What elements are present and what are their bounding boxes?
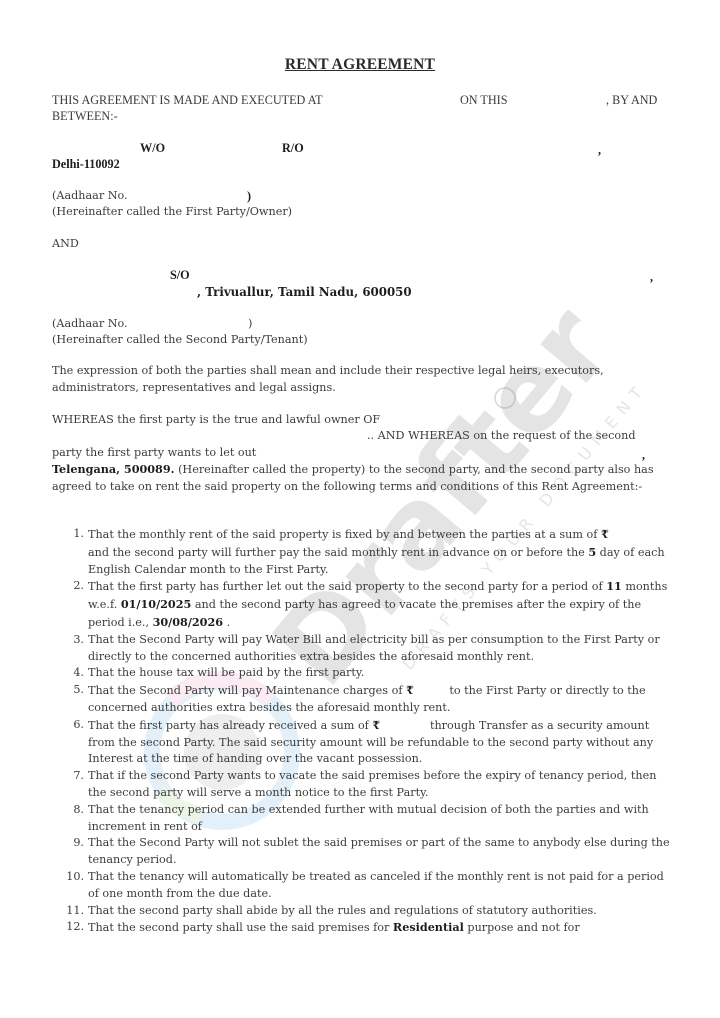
- first-party-called: (Hereinafter called the First Party/Owne…: [52, 204, 292, 221]
- intro-on-this: ON THIS: [460, 92, 508, 109]
- clause-item: 11.That the second party shall abide by …: [52, 903, 672, 920]
- clause-item: 10.That the tenancy will automatically b…: [52, 869, 672, 903]
- clause-text: .: [223, 616, 230, 629]
- clause-number: 8.: [52, 802, 84, 819]
- clause-bold-value: 01/10/2025: [121, 597, 191, 611]
- clause-item: 3.That the Second Party will pay Water B…: [52, 632, 672, 666]
- clause-text: That the Second Party will pay Maintenan…: [88, 684, 406, 697]
- clause-item: 9.That the Second Party will not sublet …: [52, 835, 672, 869]
- clauses-list: 1.That the monthly rent of the said prop…: [52, 526, 672, 937]
- clause-number: 6.: [52, 717, 84, 734]
- clause-item: 8.That the tenancy period can be extende…: [52, 802, 672, 836]
- whereas-line-3: party the first party wants to let out: [52, 445, 256, 462]
- clause-text: That the second party shall use the said…: [88, 921, 393, 934]
- clause-number: 5.: [52, 682, 84, 699]
- second-party-comma: ,: [650, 269, 653, 286]
- intro-prefix: THIS AGREEMENT IS MADE AND EXECUTED AT: [52, 92, 323, 109]
- property-location: Telengana, 500089.: [52, 462, 175, 476]
- clause-text: That the first party has further let out…: [88, 580, 606, 593]
- clause-text: That the Second Party will not sublet th…: [88, 836, 673, 866]
- first-party-wo: W/O: [140, 140, 165, 157]
- clause-text: That if the second Party wants to vacate…: [88, 769, 660, 799]
- clause-number: 11.: [52, 903, 84, 920]
- clause-text: That the Second Party will pay Water Bil…: [88, 633, 663, 663]
- clause-bold-value: Residential: [393, 920, 464, 934]
- clause-number: 9.: [52, 835, 84, 852]
- clause-text: That the tenancy period can be extended …: [88, 803, 652, 833]
- second-party-called: (Hereinafter called the Second Party/Ten…: [52, 332, 308, 349]
- first-party-aadhaar-close: ): [247, 188, 251, 205]
- second-party-aadhaar-label: (Aadhaar No.: [52, 316, 128, 333]
- whereas-property-paragraph: Telengana, 500089. (Hereinafter called t…: [52, 461, 670, 496]
- clause-bold-value: 5: [588, 545, 596, 559]
- clause-text: purpose and not for: [464, 921, 580, 934]
- rent-agreement-page: Drafter DRAFTS YOUR DOCUMENT RENT AGREEM…: [0, 0, 720, 1018]
- clause-item: 2.That the first party has further let o…: [52, 578, 672, 631]
- clause-number: 1.: [52, 526, 84, 543]
- clause-bold-value: 11: [606, 579, 622, 593]
- clause-text: That the house tax will be paid by the f…: [88, 666, 364, 679]
- document-title: RENT AGREEMENT: [0, 56, 720, 74]
- clause-number: 7.: [52, 768, 84, 785]
- clause-text: That the first party has already receive…: [88, 719, 372, 732]
- clause-item: 12.That the second party shall use the s…: [52, 919, 672, 937]
- and-separator: AND: [52, 236, 79, 253]
- clause-item: 1.That the monthly rent of the said prop…: [52, 526, 672, 578]
- intro-between: BETWEEN:-: [52, 108, 118, 125]
- second-party-aadhaar-close: ): [248, 316, 252, 333]
- first-party-aadhaar-label: (Aadhaar No.: [52, 188, 128, 205]
- clause-item: 6.That the first party has already recei…: [52, 717, 672, 768]
- clause-text: That the tenancy will automatically be t…: [88, 870, 667, 900]
- second-party-so: S/O: [170, 267, 190, 284]
- first-party-ro: R/O: [282, 140, 304, 157]
- clause-item: 7.That if the second Party wants to vaca…: [52, 768, 672, 802]
- whereas-line-1: WHEREAS the first party is the true and …: [52, 412, 380, 429]
- clause-number: 10.: [52, 869, 84, 886]
- clause-number: 2.: [52, 578, 84, 595]
- clause-bold-value: 30/08/2026: [153, 615, 223, 629]
- clause-number: 3.: [52, 632, 84, 649]
- clause-item: 5.That the Second Party will pay Mainten…: [52, 682, 672, 717]
- expression-paragraph: The expression of both the parties shall…: [52, 363, 617, 397]
- first-party-comma: ,: [598, 142, 601, 159]
- whereas-line-2: .. AND WHEREAS on the request of the sec…: [367, 428, 636, 445]
- clause-number: 12.: [52, 919, 84, 936]
- clause-text: That the second party shall abide by all…: [88, 904, 597, 917]
- clause-bold-value: ₹: [406, 683, 414, 697]
- clause-bold-value: ₹: [601, 527, 609, 541]
- second-party-address: , Trivuallur, Tamil Nadu, 600050: [197, 284, 412, 301]
- clause-number: 4.: [52, 665, 84, 682]
- first-party-address: Delhi-110092: [52, 156, 120, 173]
- clause-text: That the monthly rent of the said proper…: [88, 528, 601, 541]
- intro-by-and: , BY AND: [606, 92, 657, 109]
- clause-item: 4.That the house tax will be paid by the…: [52, 665, 672, 682]
